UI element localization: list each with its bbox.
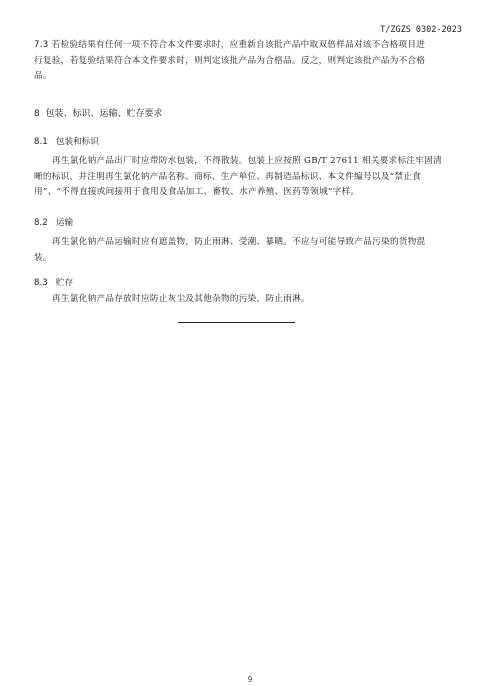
subsection-8-3-body: 再生氯化钠产品存放时应防止灰尘及其他杂物的污染，防止雨淋。 — [34, 292, 310, 308]
subsection-8-1-heading: 8.1 包装和标识 — [34, 135, 99, 147]
subsection-8-3-heading: 8.3 贮存 — [34, 276, 73, 288]
clause-line: 品。 — [34, 69, 425, 85]
body-line: 再生氯化钠产品运输时应有遮盖物，防止雨淋、受潮、暴晒。不应与可能导致产品污染的货… — [34, 235, 426, 251]
section-8-heading: 8 包装、标识、运输、贮存要求 — [34, 106, 162, 119]
subsection-8-1-body: 再生氯化钠产品出厂时应带防水包装，不得散装。包装上应按照 GB/T 27611 … — [34, 154, 442, 201]
section-title: 包装、标识、运输、贮存要求 — [45, 109, 162, 119]
end-rule — [178, 322, 295, 323]
body-line: 用”、“不得直接或间接用于食用及食品加工、畜牧、水产养殖、医药等领域”字样。 — [34, 185, 442, 201]
section-number: 8 — [34, 109, 40, 119]
clause-line: 7.3 若检验结果有任何一项不符合本文件要求时，应重新自该批产品中取双倍样品对该… — [34, 38, 425, 54]
body-line: 再生氯化钠产品存放时应防止灰尘及其他杂物的污染，防止雨淋。 — [34, 292, 310, 308]
document-code-header: T/ZGZS 0302-2023 — [380, 25, 462, 35]
subsection-8-2-body: 再生氯化钠产品运输时应有遮盖物，防止雨淋、受潮、暴晒。不应与可能导致产品污染的货… — [34, 235, 426, 266]
clause-number: 7.3 — [34, 40, 49, 50]
clause-7-3: 7.3 若检验结果有任何一项不符合本文件要求时，应重新自该批产品中取双倍样品对该… — [34, 38, 425, 85]
page-number: 9 — [0, 675, 500, 684]
body-line: 晰的标识，并注明再生氯化钠产品名称、商标、生产单位、再制造品标识、本文件编号以及… — [34, 170, 442, 186]
body-line: 再生氯化钠产品出厂时应带防水包装，不得散装。包装上应按照 GB/T 27611 … — [34, 154, 442, 170]
clause-line: 行复验，若复验结果符合本文件要求时，则判定该批产品为合格品。反之，则判定该批产品… — [34, 54, 425, 70]
subsection-8-2-heading: 8.2 运输 — [34, 216, 73, 228]
body-line: 装。 — [34, 251, 426, 267]
